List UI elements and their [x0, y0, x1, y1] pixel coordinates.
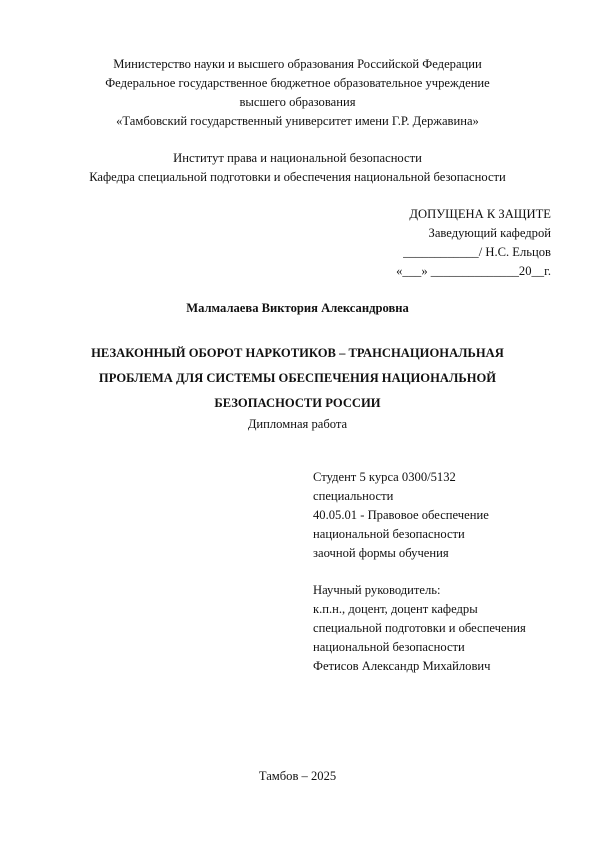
approval-role: Заведующий кафедрой: [429, 224, 551, 243]
ministry-line: Министерство науки и высшего образования…: [0, 55, 595, 74]
chair-line: Кафедра специальной подготовки и обеспеч…: [0, 168, 595, 187]
student-info-line: 40.05.01 - Правовое обеспечение: [313, 506, 489, 525]
institute-line: Институт права и национальной безопаснос…: [0, 149, 595, 168]
thesis-type: Дипломная работа: [0, 415, 595, 434]
student-info-line: заочной формы обучения: [313, 544, 449, 563]
thesis-title-line: НЕЗАКОННЫЙ ОБОРОТ НАРКОТИКОВ – ТРАНСНАЦИ…: [0, 344, 595, 363]
thesis-title-line: БЕЗОПАСНОСТИ РОССИИ: [0, 394, 595, 413]
student-info-line: специальности: [313, 487, 393, 506]
supervisor-info-line: национальной безопасности: [313, 638, 465, 657]
supervisor-info-line: специальной подготовки и обеспечения: [313, 619, 526, 638]
author-name: Малмалаева Виктория Александровна: [0, 299, 595, 318]
student-info-line: Студент 5 курса 0300/5132: [313, 468, 456, 487]
institution-level-line: высшего образования: [0, 93, 595, 112]
supervisor-info-line: к.п.н., доцент, доцент кафедры: [313, 600, 478, 619]
approval-signature: ____________/ Н.С. Ельцов: [403, 243, 551, 262]
supervisor-info-line: Научный руководитель:: [313, 581, 441, 600]
thesis-title-line: ПРОБЛЕМА ДЛЯ СИСТЕМЫ ОБЕСПЕЧЕНИЯ НАЦИОНА…: [0, 369, 595, 388]
footer-city-year: Тамбов – 2025: [0, 767, 595, 786]
university-line: «Тамбовский государственный университет …: [0, 112, 595, 131]
approval-title: ДОПУЩЕНА К ЗАЩИТЕ: [409, 205, 551, 224]
supervisor-info-line: Фетисов Александр Михайлович: [313, 657, 490, 676]
institution-type-line: Федеральное государственное бюджетное об…: [0, 74, 595, 93]
student-info-line: национальной безопасности: [313, 525, 465, 544]
approval-date: «___» ______________20__г.: [396, 262, 551, 281]
